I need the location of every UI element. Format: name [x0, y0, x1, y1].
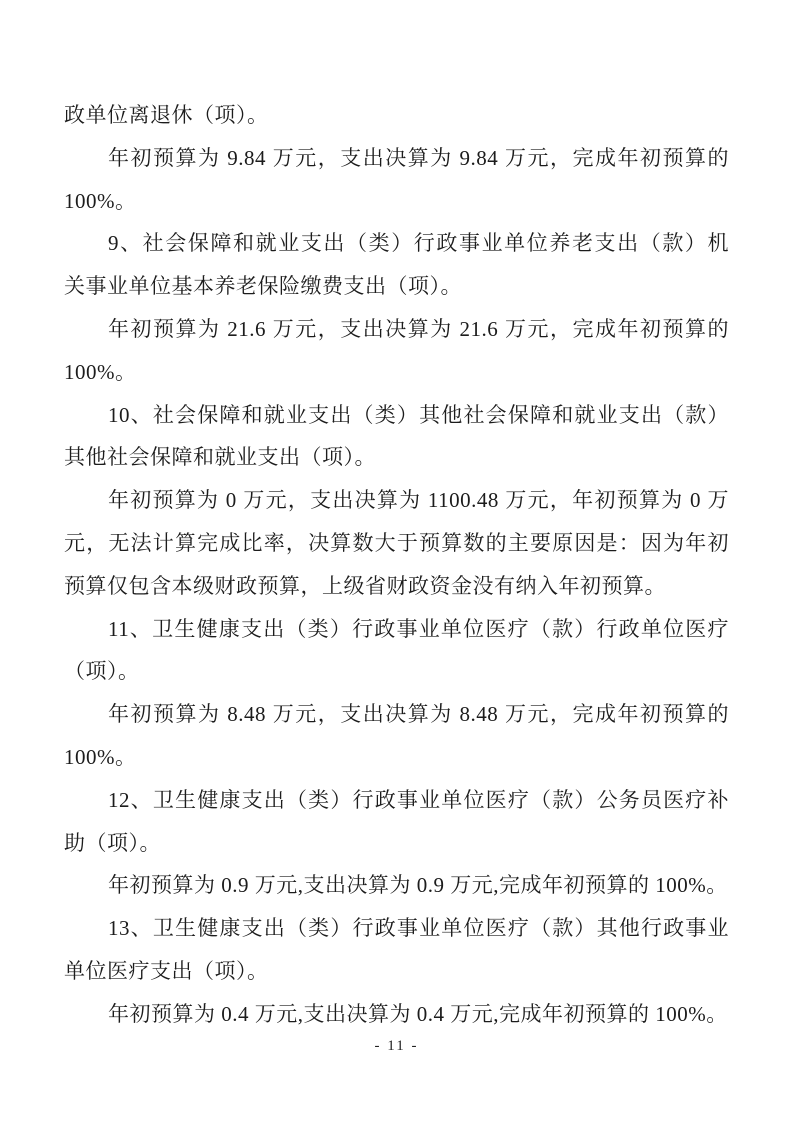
text-line: 助（项）。	[64, 822, 729, 865]
text-line: 100%。	[64, 351, 729, 394]
text-line: 11、卫生健康支出（类）行政事业单位医疗（款）行政单位医疗	[64, 608, 729, 651]
text-line: 10、社会保障和就业支出（类）其他社会保障和就业支出（款）	[64, 394, 729, 437]
text-line: 年初预算为 9.84 万元，支出决算为 9.84 万元，完成年初预算的	[64, 137, 729, 180]
text-line: 年初预算为 8.48 万元，支出决算为 8.48 万元，完成年初预算的	[64, 693, 729, 736]
text-line: 100%。	[64, 180, 729, 223]
text-line: 9、社会保障和就业支出（类）行政事业单位养老支出（款）机	[64, 222, 729, 265]
text-line: 年初预算为 0 万元，支出决算为 1100.48 万元，年初预算为 0 万	[64, 479, 729, 522]
text-line: 年初预算为 0.4 万元,支出决算为 0.4 万元,完成年初预算的 100%。	[64, 993, 729, 1036]
text-line: 政单位离退休（项）。	[64, 94, 729, 137]
page-number: - 11 -	[0, 1036, 793, 1056]
text-line: 单位医疗支出（项）。	[64, 950, 729, 993]
text-line: 关事业单位基本养老保险缴费支出（项）。	[64, 265, 729, 308]
document-body: 政单位离退休（项）。年初预算为 9.84 万元，支出决算为 9.84 万元，完成…	[64, 94, 729, 1036]
text-line: 年初预算为 0.9 万元,支出决算为 0.9 万元,完成年初预算的 100%。	[64, 864, 729, 907]
text-line: 年初预算为 21.6 万元，支出决算为 21.6 万元，完成年初预算的	[64, 308, 729, 351]
text-line: 预算仅包含本级财政预算，上级省财政资金没有纳入年初预算。	[64, 565, 729, 608]
text-line: 100%。	[64, 736, 729, 779]
text-line: 元，无法计算完成比率，决算数大于预算数的主要原因是：因为年初	[64, 522, 729, 565]
text-line: 其他社会保障和就业支出（项）。	[64, 436, 729, 479]
text-line: 13、卫生健康支出（类）行政事业单位医疗（款）其他行政事业	[64, 907, 729, 950]
text-line: 12、卫生健康支出（类）行政事业单位医疗（款）公务员医疗补	[64, 779, 729, 822]
document-page: 政单位离退休（项）。年初预算为 9.84 万元，支出决算为 9.84 万元，完成…	[0, 0, 793, 1122]
text-line: （项）。	[64, 650, 729, 693]
